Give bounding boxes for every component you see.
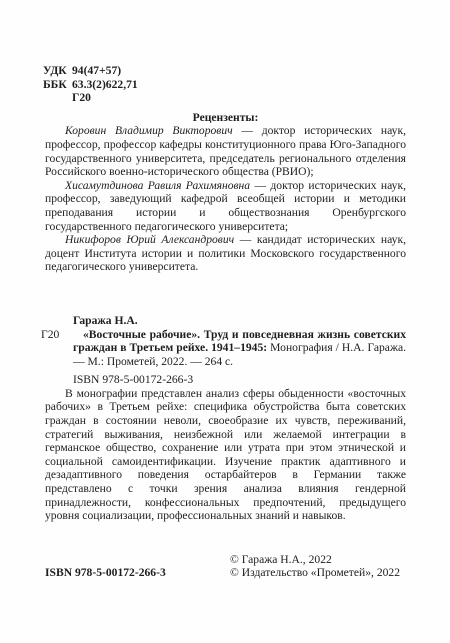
copyright-block: © Гаража Н.А., 2022 © Издательство «Пром… [230,553,400,580]
catalog-title: «Восточные рабочие». Труд и повседневная… [73,328,406,369]
udk-value: 94(47+57) [72,64,121,78]
reviewers-section: Рецензенты: Коровин Владимир Викторович … [45,111,406,274]
classification-block: УДК94(47+57) ББК63.3(2)622,71 Г20 [45,64,406,105]
catalog-author: Гаража Н.А. [73,314,406,328]
book-imprint-page: УДК94(47+57) ББК63.3(2)622,71 Г20 Реценз… [0,0,450,643]
catalog-margin-code: Г20 [41,328,59,342]
copyright-publisher-line: © Издательство «Прометей», 2022 [230,566,400,580]
author-code: Г20 [72,91,91,105]
copyright-author-line: © Гаража Н.А., 2022 [230,553,400,567]
reviewer-paragraph: Хисамутдинова Равиля Рахимяновна — докто… [45,179,406,233]
reviewer-name: Хисамутдинова Равиля Рахимяновна [65,179,250,192]
udk-label: УДК [43,64,72,78]
catalog-isbn: ISBN 978-5-00172-266-3 [73,373,406,387]
reviewer-name: Коровин Владимир Викторович [65,124,233,137]
reviewer-paragraph: Никифоров Юрий Александрович — кандидат … [45,233,406,274]
reviewers-heading: Рецензенты: [45,111,406,125]
bbk-label: ББК [43,78,72,92]
bbk-value: 63.3(2)622,71 [72,78,138,92]
catalog-card: Г20 Гаража Н.А. «Восточные рабочие». Тру… [73,314,406,387]
udk-line: УДК94(47+57) [45,64,406,78]
abstract-paragraph: В монографии представлен анализ сферы об… [45,387,406,523]
reviewer-name: Никифоров Юрий Александрович [65,233,234,246]
author-code-line: Г20 [45,91,406,105]
footer-isbn: ISBN 978-5-00172-266-3 [45,566,230,580]
bbk-line: ББК63.3(2)622,71 [45,78,406,92]
reviewer-paragraph: Коровин Владимир Викторович — доктор ист… [45,124,406,178]
footer: ISBN 978-5-00172-266-3 © Гаража Н.А., 20… [45,553,406,580]
